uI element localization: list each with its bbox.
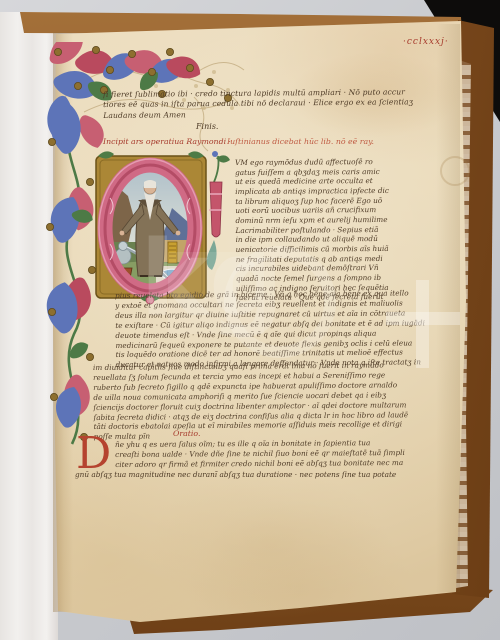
- watermark-plus-icon: [416, 280, 429, 368]
- parchment-stain: [150, 470, 390, 620]
- oratio-rubric: Oratio.: [173, 429, 200, 438]
- rubric-incipit: Incipit ars operatiua Raymondi ·: [103, 137, 231, 146]
- manuscript-photo: ·cclxxxj· ſi fieret ſublimatio ibi · cre…: [0, 0, 500, 640]
- folio-number: ·cclxxxj·: [403, 37, 449, 47]
- body-text-lower: im diuiditur capitlis ſiue diſtinctoibʒ …: [93, 360, 450, 442]
- oratio-text-block: ñe yhu q es uera ſalus oĩm; tu es ille q…: [115, 438, 449, 470]
- oratio-last-line: gnū abſqʒ tua magnitudine nec duranĩ abſ…: [75, 470, 396, 479]
- watermark-ring: [224, 246, 336, 358]
- explicit-text-block: ſi fieret ſublimatio ibi · credo tinctur…: [103, 87, 449, 121]
- rubric-marginal-note: Iuſtinianus dicebat hūc lib. nō eē ray.: [227, 137, 374, 146]
- finis-label: Finis.: [196, 122, 218, 131]
